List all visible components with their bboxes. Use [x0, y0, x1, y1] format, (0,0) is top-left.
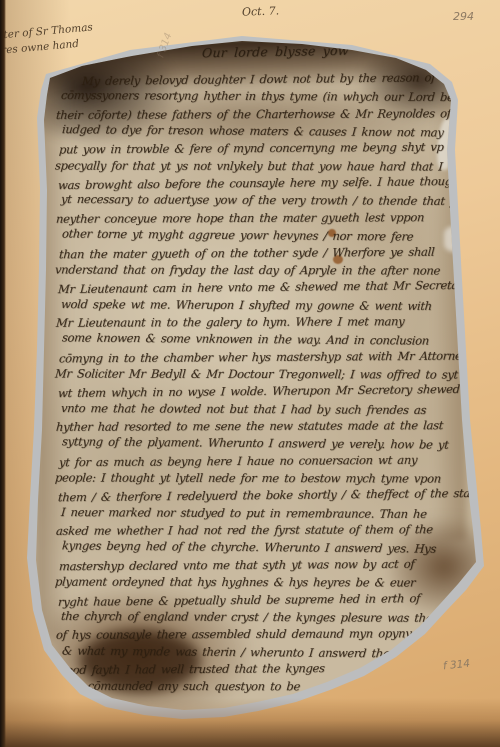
- manuscript-line: Mr Soliciter Mr Bedyll & Mr Doctour Treg…: [54, 366, 458, 381]
- manuscript-line: them / & therfore I redelyuerd the boke …: [58, 486, 499, 505]
- manuscript-line: some knowen & some vnknowen in the way. …: [61, 331, 429, 348]
- binding-gutter-edge: [0, 0, 6, 747]
- manuscript-line: good fayth I had well trusted that the k…: [59, 661, 325, 677]
- manuscript-line: Mr Lieutenaunt cam in here vnto me & she…: [58, 278, 470, 296]
- light-paper-patch: [444, 226, 478, 252]
- manuscript-line: the chyrch of england vnder cryst / the …: [60, 609, 472, 625]
- date-annotation: Oct. 7.: [242, 4, 280, 18]
- manuscript-line: asked me whether I had not red the fyrst…: [56, 522, 434, 538]
- manuscript-line: vnderstand that on fryday the last day o…: [54, 262, 440, 277]
- manuscript-line: wold speke wt me. Wherupon I shyfted my …: [60, 297, 432, 313]
- manuscript-line: kynges beyng hed of the chyrche. Wherunt…: [61, 539, 436, 556]
- pencil-page-number: 294: [453, 10, 474, 23]
- manuscript-line: mastershyp declared vnto me that syth yt…: [59, 557, 415, 573]
- manuscript-line: & what my mynde was therin / wherunto I …: [61, 643, 410, 660]
- manuscript-line: vnto me that he dowted not but that I ha…: [60, 401, 426, 417]
- manuscript-line: other torne yt myght aggreue yowr hevyne…: [61, 227, 413, 244]
- manuscript-line: I neuer marked nor studyed to put in rem…: [60, 505, 427, 521]
- manuscript-line: neyther conceyue more hope than the mate…: [56, 210, 425, 226]
- manuscript-line: Mr Lieutenaunt in to the galery to hym. …: [56, 314, 405, 330]
- manuscript-line: hyther had resorted to me sene the new s…: [56, 418, 444, 434]
- manuscript-line: people: I thought yt lytell nede for me …: [54, 471, 441, 486]
- manuscript-line: was browght also before the counsayle he…: [58, 174, 464, 192]
- manuscript-line: wt them whych in no wyse I wolde. Wherup…: [58, 382, 460, 400]
- manuscript-leaf: Our lorde blysse yow My derely belovyd d…: [0, 0, 500, 747]
- manuscript-line: their cōforte) these fathers of the Char…: [56, 106, 500, 122]
- photographed-manuscript-page: Our lorde blysse yow My derely belovyd d…: [0, 0, 500, 747]
- manuscript-line: put yow in trowble & fere of mynd concer…: [59, 140, 475, 157]
- manuscript-line: yt for as much as beyng here I haue no c…: [59, 452, 418, 469]
- manuscript-line: cōmyssyoners resortyng hyther in thys ty…: [60, 88, 454, 104]
- manuscript-line: plyament ordeyned that hys hyghnes & hys…: [54, 575, 415, 590]
- album-bottom-shadow: [0, 698, 500, 747]
- pencil-folio-number: f 314: [442, 658, 470, 673]
- manuscript-line: specyally for that yt ys not vnlykely bu…: [54, 158, 443, 173]
- manuscript-line: cōmyng in to the chamber wher hys master…: [59, 348, 469, 365]
- manuscript-line: yt necessary to aduertyse yow of the ver…: [60, 192, 472, 208]
- manuscript-line: than the mater gyueth of on the tother s…: [59, 244, 435, 261]
- manuscript-line: syttyng of the plyament. Wherunto I answ…: [61, 435, 449, 452]
- manuscript-line: of hys counsayle there assembled shuld d…: [56, 626, 426, 642]
